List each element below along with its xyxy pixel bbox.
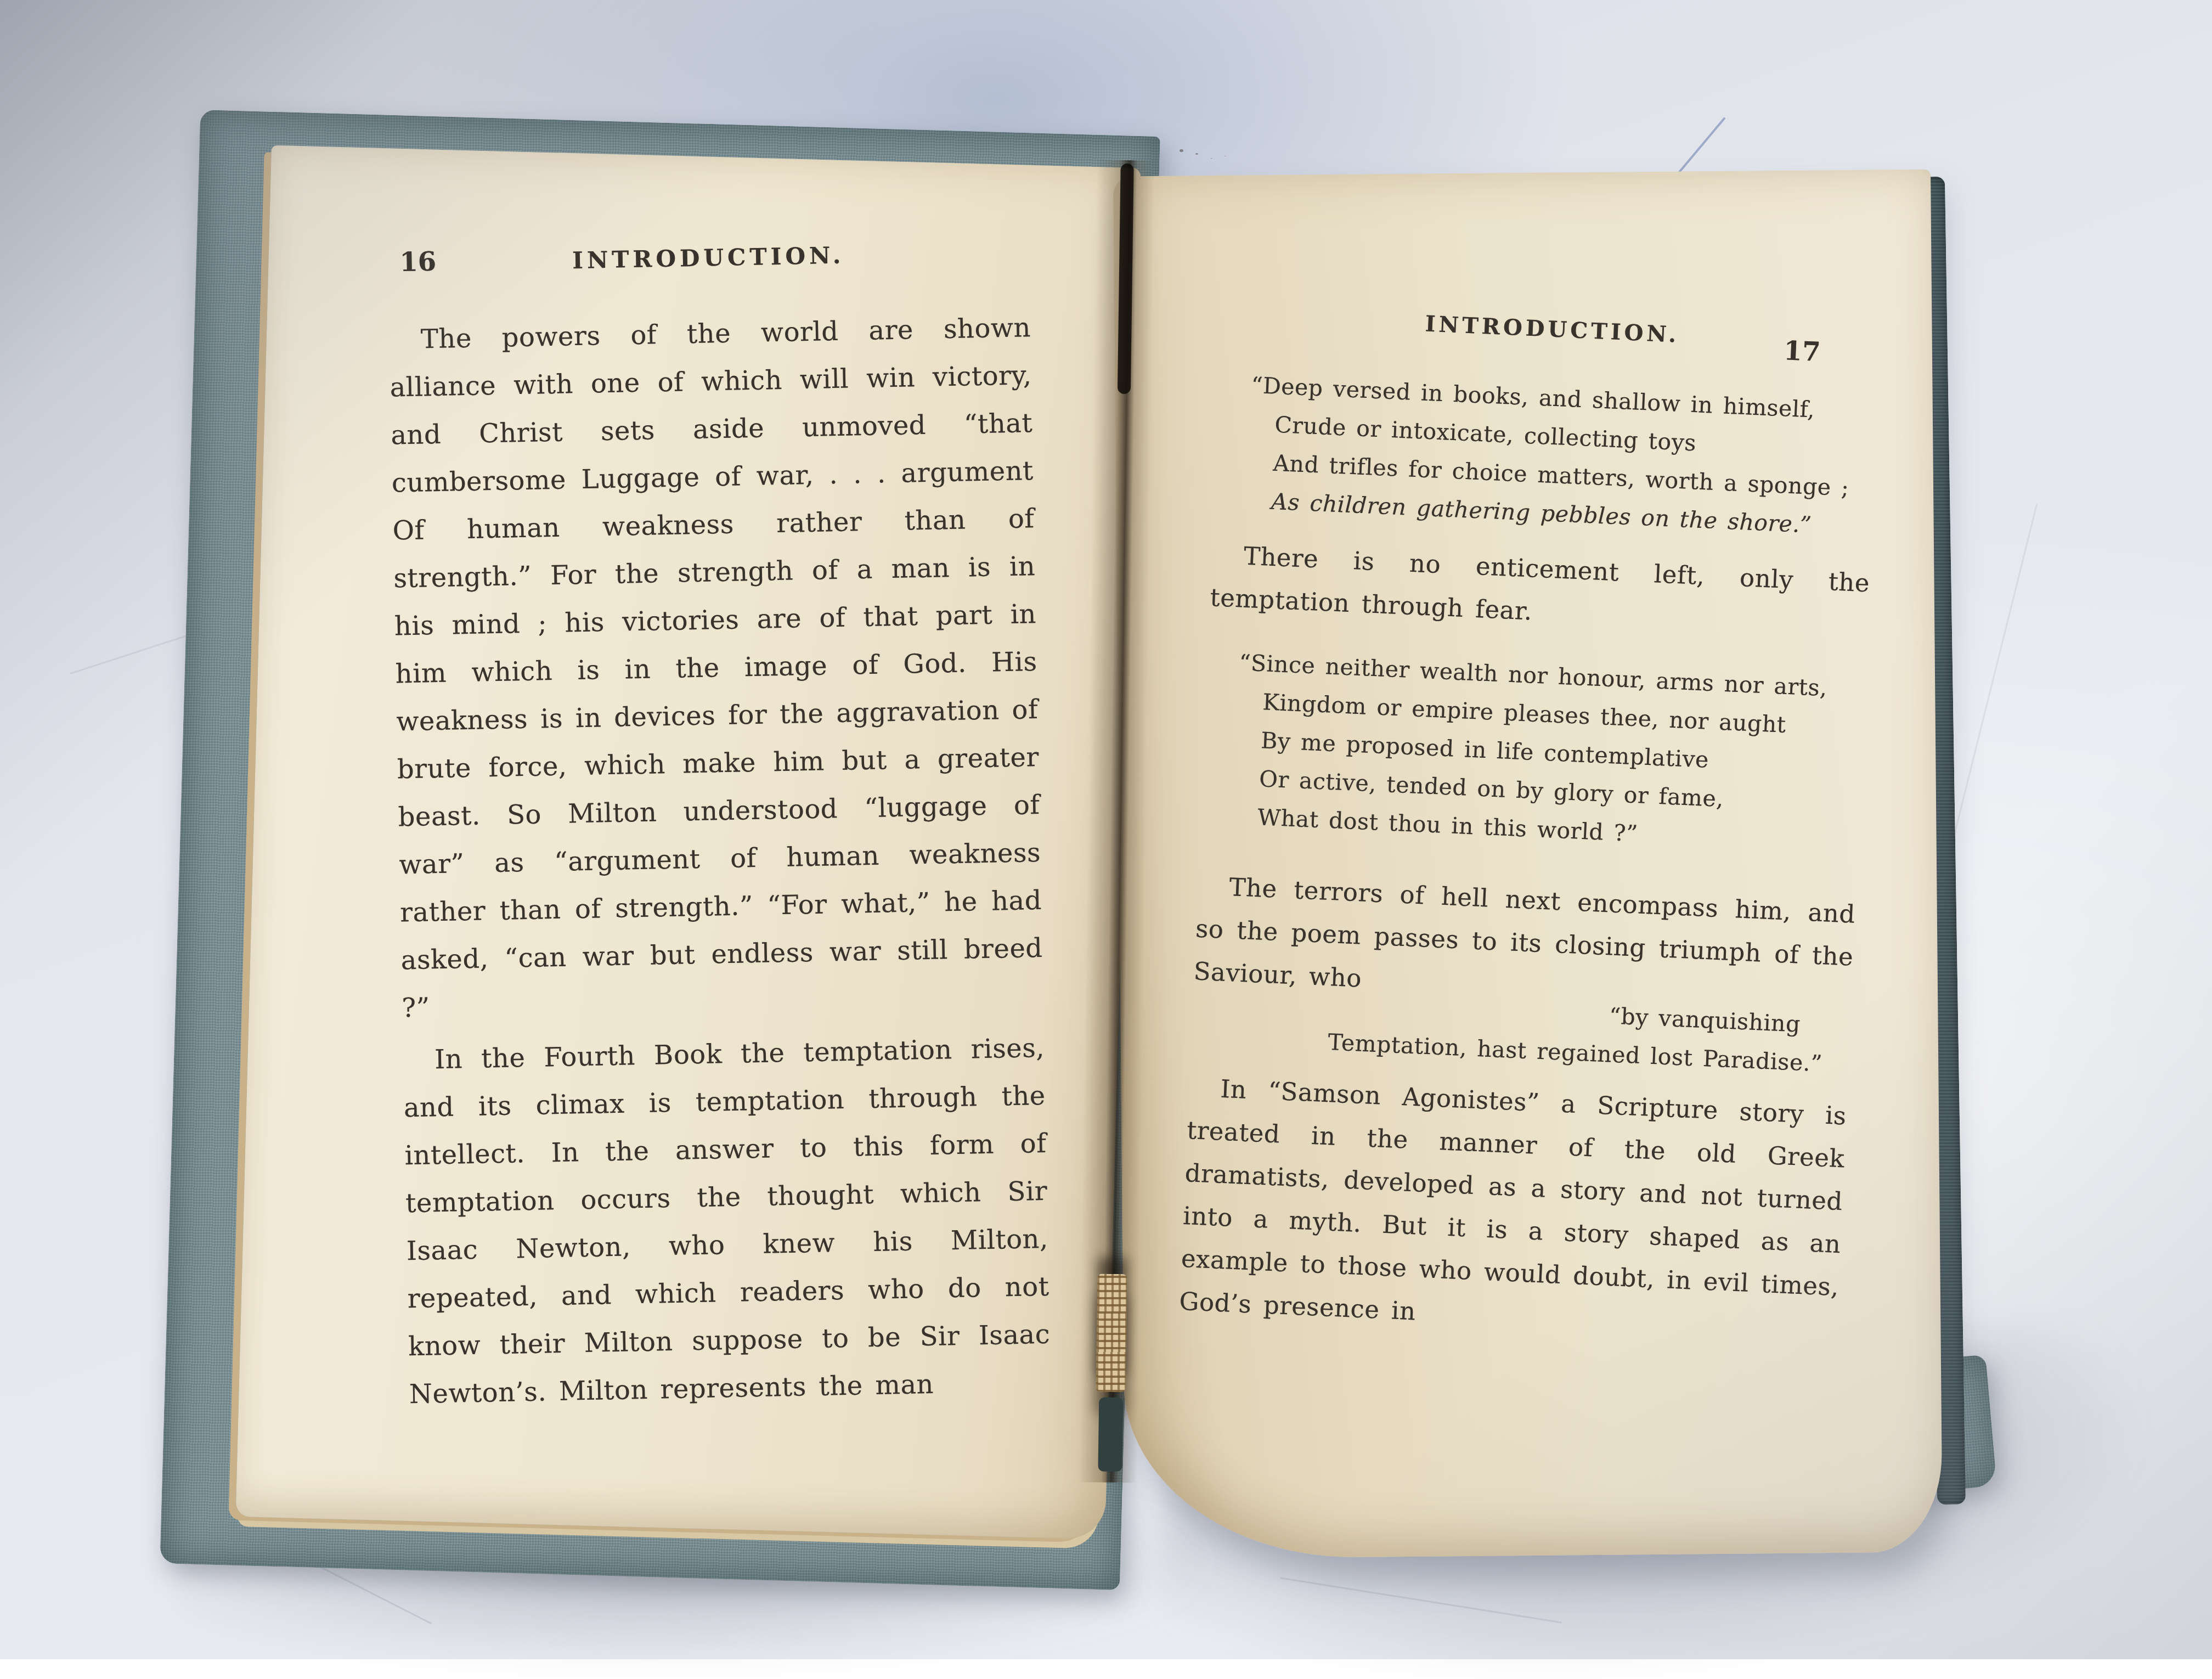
page-number: 16 (399, 246, 437, 278)
page-number: 17 (1783, 335, 1821, 368)
paragraph: In the Fourth Book the temptation rises,… (402, 1024, 1051, 1418)
verse-quote: “Deep versed in books, and shallow in hi… (1214, 364, 1878, 546)
running-head: INTRODUCTION. (1222, 302, 1881, 356)
paragraph: In “Samson Agonistes” a Scripture story … (1178, 1066, 1847, 1351)
photo-background: 16 INTRODUCTION. The powers of the world… (0, 0, 2212, 1659)
right-page-header: INTRODUCTION. 17 (1222, 302, 1881, 363)
scratch-mark (1280, 1577, 1562, 1623)
running-head: INTRODUCTION. (387, 238, 1030, 277)
paragraph: There is no enticement left, only the te… (1209, 533, 1871, 647)
left-page-header: 16 INTRODUCTION. (387, 238, 1030, 283)
left-page: 16 INTRODUCTION. The powers of the world… (236, 145, 1141, 1540)
right-page: INTRODUCTION. 17 “Deep versed in books, … (1113, 170, 1943, 1559)
verse-quote: “Since neither wealth nor honour, arms n… (1200, 642, 1866, 863)
paragraph: The powers of the world are shown allian… (388, 304, 1044, 1032)
dust-speck (1180, 149, 1183, 152)
